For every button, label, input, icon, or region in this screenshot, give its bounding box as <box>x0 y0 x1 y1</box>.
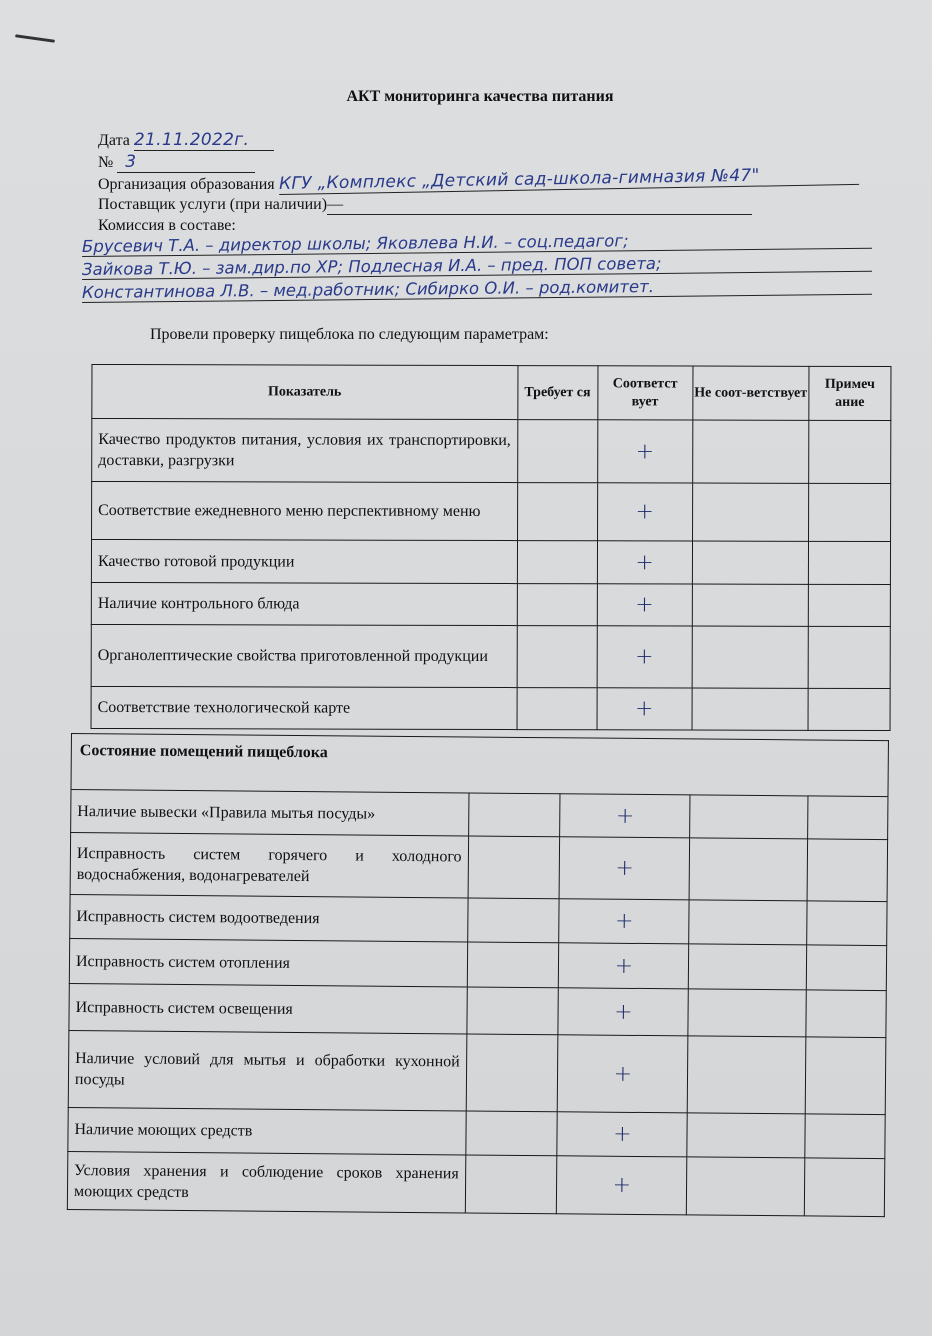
header-required: Требует ся <box>517 366 597 420</box>
supplier-value: — <box>327 196 752 215</box>
supplier-field: Поставщик услуги (при наличии)— <box>98 196 752 215</box>
date-field: Дата 21.11.2022г. <box>98 130 274 151</box>
required-cell <box>517 626 597 688</box>
compliant-cell: + <box>597 584 692 626</box>
organization-label: Организация образования <box>98 176 275 193</box>
compliant-cell: + <box>560 837 690 900</box>
indicator-cell: Качество готовой продукции <box>91 539 517 583</box>
document-title: АКТ мониторинга качества питания <box>0 88 932 106</box>
table-header-row: Показатель Требует ся Соответст вует Не … <box>92 364 891 420</box>
indicator-cell: Исправность систем горячего и холодного … <box>70 833 468 898</box>
noncompliant-cell <box>692 420 808 483</box>
inspection-table: Показатель Требует ся Соответст вует Не … <box>91 364 892 731</box>
premises-table: Состояние помещений пищеблока Наличие вы… <box>67 733 889 1217</box>
header-indicator: Показатель <box>92 364 518 419</box>
note-cell <box>804 1158 884 1217</box>
required-cell <box>517 420 597 483</box>
organization-field: Организация образования КГУ „Комплекс „Д… <box>98 174 859 195</box>
compliant-cell: + <box>557 1156 687 1215</box>
table-row: Органолептические свойства приготовленно… <box>91 624 890 688</box>
indicator-cell: Исправность систем водоотведения <box>70 894 468 941</box>
table-row: Условия хранения и соблюдение сроков хра… <box>67 1151 884 1216</box>
compliant-cell: + <box>559 899 689 944</box>
supplier-label: Поставщик услуги (при наличии) <box>98 196 327 213</box>
commission-label: Комиссия в составе: <box>98 217 236 235</box>
compliant-cell: + <box>557 1112 687 1157</box>
noncompliant-cell <box>692 483 808 541</box>
noncompliant-cell <box>687 1113 805 1158</box>
compliant-cell: + <box>597 688 692 730</box>
indicator-cell: Наличие вывески «Правила мытья посуды» <box>71 790 469 836</box>
header-note: Примеч ание <box>809 366 891 420</box>
table-row: Соответствие ежедневного меню перспектив… <box>92 481 891 541</box>
indicator-cell: Соответствие ежедневного меню перспектив… <box>92 481 518 540</box>
header-noncompliant: Не соот-ветствует <box>693 366 809 420</box>
indicator-cell: Наличие контрольного блюда <box>91 582 517 625</box>
required-cell <box>517 541 597 584</box>
compliant-cell: + <box>597 626 692 688</box>
note-cell <box>807 839 887 902</box>
date-label: Дата <box>98 132 130 149</box>
compliant-cell: + <box>597 541 692 584</box>
indicator-cell: Соответствие технологической карте <box>91 686 517 729</box>
note-cell <box>805 1037 886 1115</box>
number-label: № <box>98 154 113 171</box>
noncompliant-cell <box>690 795 808 839</box>
noncompliant-cell <box>689 900 807 945</box>
date-value: 21.11.2022г. <box>134 130 274 151</box>
note-cell <box>806 990 886 1038</box>
note-cell <box>809 420 891 483</box>
table-row: Наличие контрольного блюда+ <box>91 582 890 626</box>
compliant-cell: + <box>559 943 689 989</box>
compliant-cell: + <box>558 988 688 1036</box>
noncompliant-cell <box>689 838 807 901</box>
required-cell <box>517 483 597 541</box>
table-row: Соответствие технологической карте+ <box>91 686 890 730</box>
note-cell <box>808 626 890 688</box>
table-row: Наличие условий для мытья и обработки ку… <box>68 1030 886 1114</box>
indicator-cell: Наличие моющих средств <box>68 1107 466 1154</box>
table-row: Исправность систем водоотведения+ <box>70 894 887 945</box>
staple-mark <box>15 34 55 43</box>
table-row: Качество готовой продукции+ <box>91 539 890 584</box>
noncompliant-cell <box>692 541 808 584</box>
required-cell <box>468 793 560 837</box>
note-cell <box>806 945 886 991</box>
compliant-cell: + <box>558 1035 688 1113</box>
table-row: Наличие вывески «Правила мытья посуды»+ <box>71 790 888 840</box>
required-cell <box>465 1111 557 1156</box>
compliant-cell: + <box>597 420 692 483</box>
noncompliant-cell <box>692 584 808 626</box>
required-cell <box>467 942 559 988</box>
compliant-cell: + <box>560 794 690 838</box>
note-cell <box>805 1114 885 1159</box>
table-row: Исправность систем отопления+ <box>69 938 886 990</box>
number-value: 3 <box>117 152 255 173</box>
organization-value: КГУ „Комплекс „Детский сад-школа-гимнази… <box>278 164 858 195</box>
note-cell <box>807 901 887 946</box>
table-row: Наличие моющих средств+ <box>68 1107 885 1158</box>
note-cell <box>808 688 890 730</box>
commission-line-3: Константинова Л.В. – мед.работник; Сибир… <box>82 275 872 303</box>
required-cell <box>517 584 597 626</box>
required-cell <box>465 1155 557 1214</box>
header-compliant: Соответст вует <box>597 366 692 420</box>
noncompliant-cell <box>692 626 808 688</box>
indicator-cell: Условия хранения и соблюдение сроков хра… <box>67 1151 465 1212</box>
noncompliant-cell <box>692 688 808 730</box>
intro-text: Провели проверку пищеблока по следующим … <box>150 326 549 344</box>
noncompliant-cell <box>687 1036 805 1114</box>
note-cell <box>808 483 890 541</box>
section-title: Состояние помещений пищеблока <box>71 734 888 797</box>
indicator-cell: Наличие условий для мытья и обработки ку… <box>68 1030 466 1110</box>
indicator-cell: Качество продуктов питания, условия их т… <box>92 418 518 482</box>
note-cell <box>808 541 890 584</box>
required-cell <box>467 898 559 943</box>
note-cell <box>808 584 890 626</box>
indicator-cell: Исправность систем отопления <box>69 938 467 986</box>
table-row: Исправность систем горячего и холодного … <box>70 833 888 902</box>
required-cell <box>466 987 558 1035</box>
required-cell <box>468 836 560 899</box>
table-row: Исправность систем освещения+ <box>69 983 886 1037</box>
compliant-cell: + <box>597 483 692 541</box>
required-cell <box>466 1034 559 1112</box>
required-cell <box>517 688 597 730</box>
table-row: Качество продуктов питания, условия их т… <box>92 418 891 483</box>
noncompliant-cell <box>689 944 807 990</box>
number-field: № 3 <box>98 152 255 173</box>
noncompliant-cell <box>687 1157 805 1216</box>
note-cell <box>808 796 888 840</box>
noncompliant-cell <box>688 989 806 1037</box>
indicator-cell: Органолептические свойства приготовленно… <box>91 624 517 687</box>
indicator-cell: Исправность систем освещения <box>69 983 467 1033</box>
section-header-row: Состояние помещений пищеблока <box>71 734 888 797</box>
